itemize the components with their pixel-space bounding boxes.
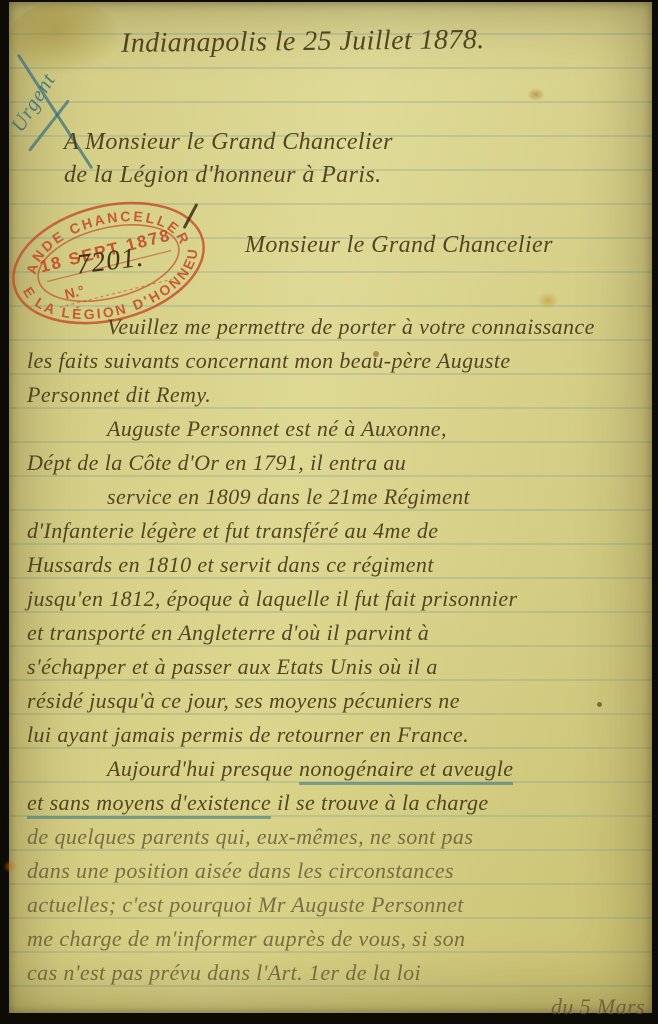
underlined-text: nonogénaire et aveugle [299,756,513,785]
body-line: Hussards en 1810 et servit dans ce régim… [27,548,651,582]
salutation: Monsieur le Grand Chancelier [245,232,553,259]
closing-line: du 5 Mars [27,990,651,1024]
stamp-number-label: N.° [63,282,86,302]
body-line: Personnet dit Remy. [27,378,651,412]
body-text: il se trouve à la charge [271,790,488,815]
body-line: les faits suivants concernant mon beau-p… [27,344,651,378]
body-line-underlined: et sans moyens d'existence il se trouve … [27,786,651,820]
paper-stain [537,292,559,309]
body-line: résidé jusqu'à ce jour, ses moyens pécun… [27,684,651,718]
letter-body: Veuillez me permettre de porter à votre … [27,310,651,1024]
body-line: d'Infanterie légère et fut transféré au … [27,514,651,548]
body-line: Veuillez me permettre de porter à votre … [27,310,651,344]
body-line: actuelles; c'est pourquoi Mr Auguste Per… [27,888,651,922]
dateline: Indianapolis le 25 Juillet 1878. [121,24,485,60]
paper-stain [527,88,545,101]
body-line: et transporté en Angleterre d'où il parv… [27,616,651,650]
body-line: jusqu'en 1812, époque à laquelle il fut … [27,582,651,616]
recipient-address: A Monsieur le Grand Chancelier de la Lég… [64,126,393,192]
underlined-text: et sans moyens d'existence [27,790,271,819]
body-line: Auguste Personnet est né à Auxonne, [27,412,651,446]
scanned-letter-page: Urgent Indianapolis le 25 Juillet 1878. … [0,0,658,1024]
body-line: de quelques parents qui, eux-mêmes, ne s… [27,820,651,854]
body-line: dans une position aisée dans les circons… [27,854,651,888]
body-line: me charge de m'informer auprès de vous, … [27,922,651,956]
recipient-line: A Monsieur le Grand Chancelier [64,126,393,159]
body-line: s'échapper et à passer aux Etats Unis où… [27,650,651,684]
body-text: Aujourd'hui presque [107,756,299,781]
body-line: service en 1809 dans le 21me Régiment [27,480,651,514]
paper-stain [3,860,17,873]
letter-paper: Urgent Indianapolis le 25 Juillet 1878. … [9,2,652,1013]
body-line: lui ayant jamais permis de retourner en … [27,718,651,752]
recipient-line: de la Légion d'honneur à Paris. [64,159,393,192]
body-line: cas n'est pas prévu dans l'Art. 1er de l… [27,956,651,990]
body-line: Dépt de la Côte d'Or en 1791, il entra a… [27,446,651,480]
body-line-underlined: Aujourd'hui presque nonogénaire et aveug… [27,752,651,786]
